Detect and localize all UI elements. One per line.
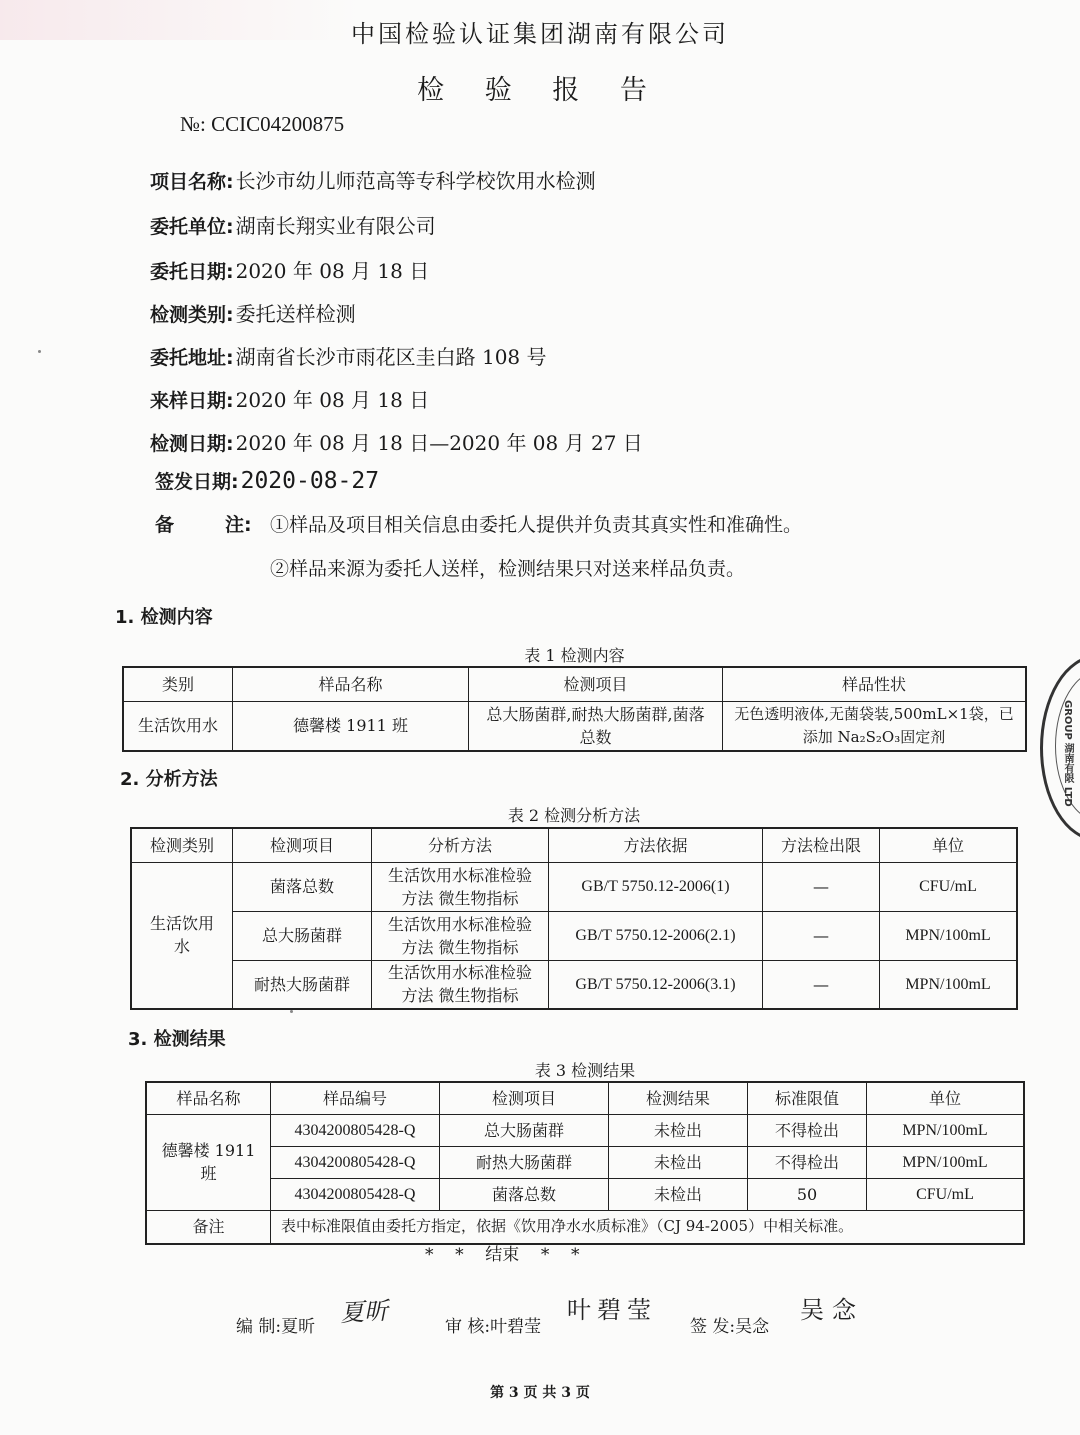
note-line-2: ②样品来源为委托人送样，检测结果只对送来样品负责。 xyxy=(270,554,745,581)
section-2-heading: 2. 分析方法 xyxy=(120,765,218,791)
sample-name-cell: 德馨楼 1911 班 xyxy=(233,701,469,751)
table-header-row: 样品名称 样品编号 检测项目 检测结果 标准限值 单位 xyxy=(146,1082,1024,1114)
table-2-analysis-methods: 检测类别 检测项目 分析方法 方法依据 方法检出限 单位 生活饮用水 菌落总数 … xyxy=(130,827,1018,1010)
reviewed-by-label: 审 核:叶碧莹 xyxy=(445,1312,541,1337)
field-test-category: 检测类别:委托送样检测 xyxy=(150,298,356,327)
unit-cell: MPN/100mL xyxy=(880,911,1018,960)
field-value: 长沙市幼儿师范高等专科学校饮用水检测 xyxy=(236,169,596,193)
header-cell: 分析方法 xyxy=(372,828,549,862)
field-label: 检测类别: xyxy=(150,304,234,326)
report-number: №: CCIC04200875 xyxy=(180,112,344,137)
unit-cell: CFU/mL xyxy=(867,1178,1025,1210)
speck-decoration xyxy=(38,350,41,353)
company-name: 中国检验认证集团湖南有限公司 xyxy=(0,14,1080,49)
table-row: 耐热大肠菌群 生活饮用水标准检验方法 微生物指标 GB/T 5750.12-20… xyxy=(131,960,1017,1009)
header-cell: 类别 xyxy=(123,667,233,701)
limit-cell: — xyxy=(763,862,880,911)
compiled-by-label: 编 制:夏昕 xyxy=(236,1312,315,1337)
table-row: 德馨楼 1911 班 4304200805428-Q 总大肠菌群 未检出 不得检… xyxy=(146,1114,1024,1146)
report-page: 中国检验认证集团湖南有限公司 检 验 报 告 №: CCIC04200875 项… xyxy=(0,0,1080,1435)
field-label: 来样日期: xyxy=(150,390,234,412)
field-value: 2020-08-27 xyxy=(241,468,379,494)
item-cell: 耐热大肠菌群 xyxy=(233,960,372,1009)
header-cell: 检测项目 xyxy=(233,828,372,862)
field-label: 委托地址: xyxy=(150,347,234,369)
field-value: 湖南省长沙市雨花区圭白路 108 号 xyxy=(236,345,547,369)
header-cell: 单位 xyxy=(880,828,1018,862)
item-cell: 耐热大肠菌群 xyxy=(440,1146,609,1178)
category-cell: 生活饮用水 xyxy=(131,862,233,1009)
company-seal-text: GROUP 湖南有限 LTD xyxy=(1060,700,1075,807)
sample-id-cell: 4304200805428-Q xyxy=(271,1114,440,1146)
field-label: 检测日期: xyxy=(150,433,234,455)
field-client-address: 委托地址:湖南省长沙市雨花区圭白路 108 号 xyxy=(150,341,547,370)
unit-cell: MPN/100mL xyxy=(880,960,1018,1009)
header-cell: 单位 xyxy=(867,1082,1025,1114)
issued-by-label: 签 发:吴念 xyxy=(690,1312,769,1337)
header-cell: 方法检出限 xyxy=(763,828,880,862)
table-3-test-results: 样品名称 样品编号 检测项目 检测结果 标准限值 单位 德馨楼 1911 班 4… xyxy=(145,1081,1025,1245)
method-cell: 生活饮用水标准检验方法 微生物指标 xyxy=(372,911,549,960)
basis-cell: GB/T 5750.12-2006(2.1) xyxy=(549,911,763,960)
field-commission-date: 委托日期:2020 年 08 月 18 日 xyxy=(150,255,429,284)
sample-id-cell: 4304200805428-Q xyxy=(271,1146,440,1178)
speck-decoration xyxy=(290,1010,293,1013)
item-cell: 菌落总数 xyxy=(440,1178,609,1210)
remark-row: 备注 表中标准限值由委托方指定，依据《饮用净水水质标准》（CJ 94-2005）… xyxy=(146,1210,1024,1244)
report-number-value: CCIC04200875 xyxy=(211,112,344,136)
method-cell: 生活饮用水标准检验方法 微生物指标 xyxy=(372,862,549,911)
field-client: 委托单位:湖南长翔实业有限公司 xyxy=(150,210,436,239)
basis-cell: GB/T 5750.12-2006(3.1) xyxy=(549,960,763,1009)
limit-cell: 50 xyxy=(748,1178,867,1210)
item-cell: 总大肠菌群 xyxy=(233,911,372,960)
table-1-test-content: 类别 样品名称 检测项目 样品性状 生活饮用水 德馨楼 1911 班 总大肠菌群… xyxy=(122,666,1027,752)
table-row: 生活饮用水 菌落总数 生活饮用水标准检验方法 微生物指标 GB/T 5750.1… xyxy=(131,862,1017,911)
field-label: 委托单位: xyxy=(150,216,234,238)
field-label: 签发日期: xyxy=(155,471,239,493)
header-cell: 检测类别 xyxy=(131,828,233,862)
reviewed-by-signature: 叶碧莹 xyxy=(567,1290,657,1325)
field-sample-date: 来样日期:2020 年 08 月 18 日 xyxy=(150,384,429,413)
compiled-by-signature: 夏昕 xyxy=(339,1291,389,1328)
limit-cell: 不得检出 xyxy=(748,1146,867,1178)
section-3-heading: 3. 检测结果 xyxy=(128,1025,226,1051)
field-value: 2020 年 08 月 18 日 xyxy=(236,259,430,283)
sample-name-cell: 德馨楼 1911 班 xyxy=(146,1114,271,1210)
notes-label-a: 备 xyxy=(155,510,174,537)
field-test-date: 检测日期:2020 年 08 月 18 日—2020 年 08 月 27 日 xyxy=(150,427,643,456)
table-2-caption: 表 2 检测分析方法 xyxy=(130,803,1018,826)
header-cell: 样品名称 xyxy=(146,1082,271,1114)
result-cell: 未检出 xyxy=(609,1146,748,1178)
table-row: 4304200805428-Q 耐热大肠菌群 未检出 不得检出 MPN/100m… xyxy=(146,1146,1024,1178)
section-1-heading: 1. 检测内容 xyxy=(115,603,213,629)
unit-cell: CFU/mL xyxy=(880,862,1018,911)
field-value: 2020 年 08 月 18 日 xyxy=(236,388,430,412)
report-number-label: №: xyxy=(180,112,206,136)
header-cell: 标准限值 xyxy=(748,1082,867,1114)
end-mark: * * 结束 * * xyxy=(425,1240,579,1265)
header-cell: 检测项目 xyxy=(469,667,723,701)
limit-cell: 不得检出 xyxy=(748,1114,867,1146)
table-row: 4304200805428-Q 菌落总数 未检出 50 CFU/mL xyxy=(146,1178,1024,1210)
header-cell: 样品编号 xyxy=(271,1082,440,1114)
table-header-row: 类别 样品名称 检测项目 样品性状 xyxy=(123,667,1026,701)
issued-by-signature: 吴念 xyxy=(800,1290,864,1325)
unit-cell: MPN/100mL xyxy=(867,1114,1025,1146)
remark-label-cell: 备注 xyxy=(146,1210,271,1244)
table-header-row: 检测类别 检测项目 分析方法 方法依据 方法检出限 单位 xyxy=(131,828,1017,862)
field-label: 委托日期: xyxy=(150,261,234,283)
field-value: 2020 年 08 月 18 日—2020 年 08 月 27 日 xyxy=(236,431,643,455)
table-row: 生活饮用水 德馨楼 1911 班 总大肠菌群,耐热大肠菌群,菌落总数 无色透明液… xyxy=(123,701,1026,751)
limit-cell: — xyxy=(763,960,880,1009)
header-cell: 检测结果 xyxy=(609,1082,748,1114)
field-value: 委托送样检测 xyxy=(236,302,356,326)
header-cell: 检测项目 xyxy=(440,1082,609,1114)
header-cell: 样品性状 xyxy=(723,667,1027,701)
field-project-name: 项目名称:长沙市幼儿师范高等专科学校饮用水检测 xyxy=(150,165,596,194)
limit-cell: — xyxy=(763,911,880,960)
field-issue-date: 签发日期:2020-08-27 xyxy=(155,467,379,494)
basis-cell: GB/T 5750.12-2006(1) xyxy=(549,862,763,911)
category-cell: 生活饮用水 xyxy=(123,701,233,751)
test-items-cell: 总大肠菌群,耐热大肠菌群,菌落总数 xyxy=(469,701,723,751)
field-value: 湖南长翔实业有限公司 xyxy=(236,214,436,238)
remark-cell: 表中标准限值由委托方指定，依据《饮用净水水质标准》（CJ 94-2005）中相关… xyxy=(271,1210,1025,1244)
unit-cell: MPN/100mL xyxy=(867,1146,1025,1178)
table-row: 总大肠菌群 生活饮用水标准检验方法 微生物指标 GB/T 5750.12-200… xyxy=(131,911,1017,960)
method-cell: 生活饮用水标准检验方法 微生物指标 xyxy=(372,960,549,1009)
header-cell: 方法依据 xyxy=(549,828,763,862)
note-line-1: ①样品及项目相关信息由委托人提供并负责其真实性和准确性。 xyxy=(270,510,802,537)
table-3-caption: 表 3 检测结果 xyxy=(145,1058,1025,1081)
page-number: 第 3 页 共 3 页 xyxy=(0,1382,1080,1402)
result-cell: 未检出 xyxy=(609,1114,748,1146)
notes-label-b: 注: xyxy=(225,510,252,537)
item-cell: 菌落总数 xyxy=(233,862,372,911)
item-cell: 总大肠菌群 xyxy=(440,1114,609,1146)
result-cell: 未检出 xyxy=(609,1178,748,1210)
sample-properties-cell: 无色透明液体,无菌袋装,500mL×1袋，已添加 Na₂S₂O₃固定剂 xyxy=(723,701,1027,751)
table-1-caption: 表 1 检测内容 xyxy=(122,643,1027,666)
report-title: 检 验 报 告 xyxy=(0,68,1080,107)
header-cell: 样品名称 xyxy=(233,667,469,701)
field-label: 项目名称: xyxy=(150,171,234,193)
sample-id-cell: 4304200805428-Q xyxy=(271,1178,440,1210)
